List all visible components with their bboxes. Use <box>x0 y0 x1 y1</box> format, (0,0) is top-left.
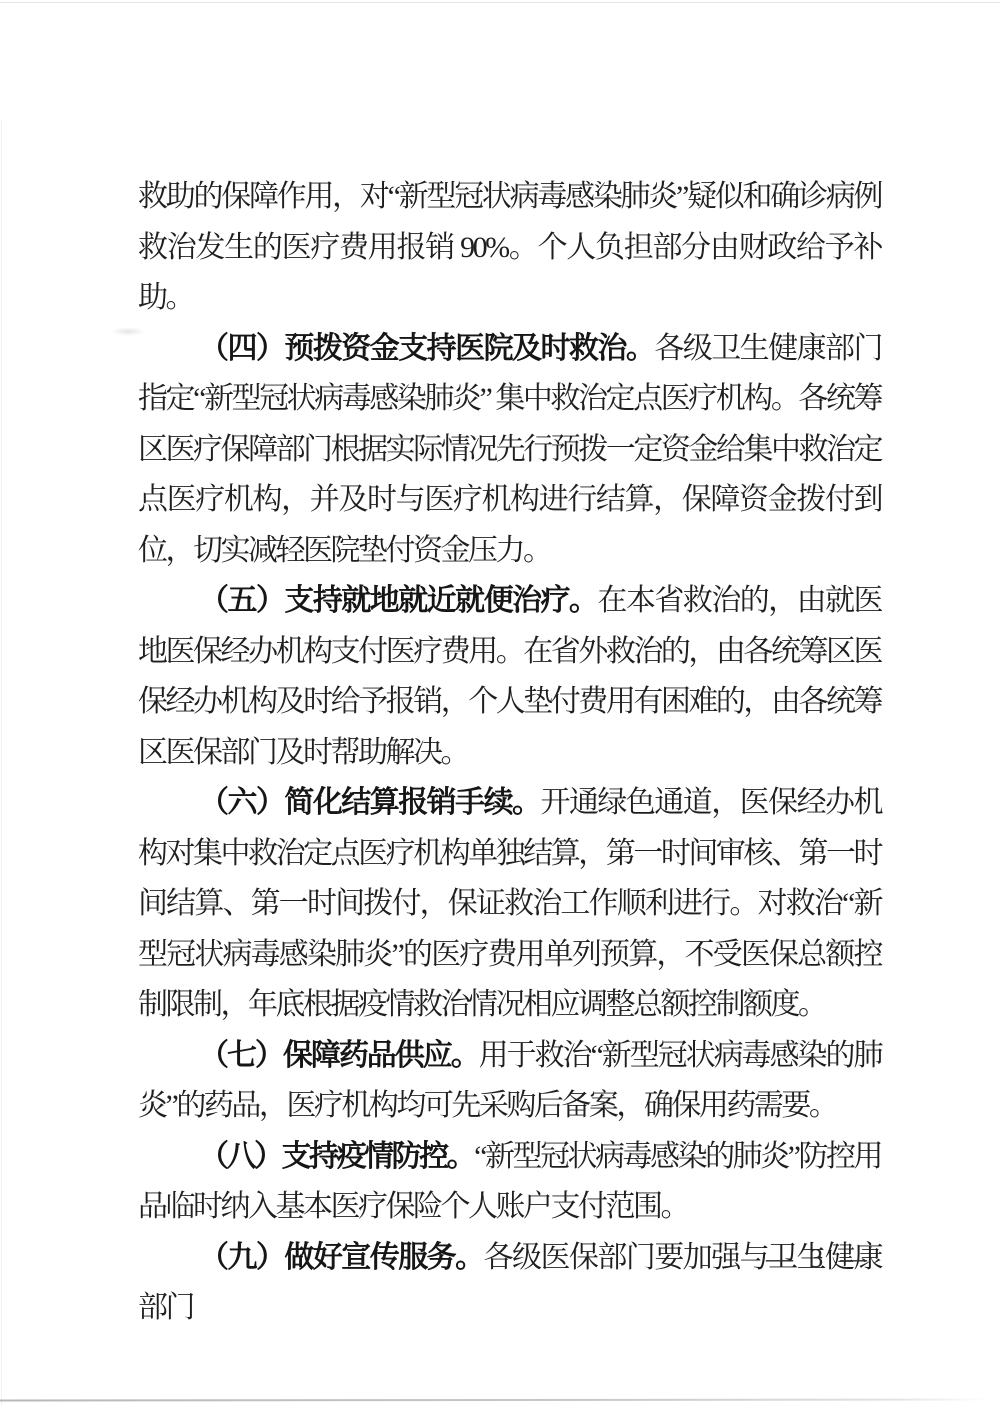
page-number: — 3 — <box>766 1243 872 1274</box>
item-6-paragraph: （六）简化结算报销手续。开通绿色通道，医保经办机构对集中救治定点医疗机构单独结算… <box>138 778 881 1031</box>
continuation-paragraph: 救助的保障作用，对“新型冠状病毒感染肺炎”疑似和确诊病例救治发生的医疗费用报销 … <box>138 172 881 324</box>
scan-artifact-bottom-line <box>0 1398 990 1401</box>
section-heading-text: （七）保障药品供应。 <box>199 1039 479 1072</box>
section-heading-text: （六）简化结算报销手续。 <box>199 786 540 819</box>
section-heading-text: （四）预拨资金支持医院及时救治。 <box>199 332 654 365</box>
item-4-paragraph: （四）预拨资金支持医院及时救治。各级卫生健康部门指定“新型冠状病毒感染肺炎” 集… <box>138 324 881 577</box>
item-8-paragraph: （八）支持疫情防控。“新型冠状病毒感染的肺炎”防控用品临时纳入基本医疗保险个人账… <box>138 1132 881 1233</box>
body-text: 救助的保障作用，对“新型冠状病毒感染肺炎”疑似和确诊病例救治发生的医疗费用报销 … <box>138 180 881 314</box>
scanned-document-page: 救助的保障作用，对“新型冠状病毒感染肺炎”疑似和确诊病例救治发生的医疗费用报销 … <box>0 0 1000 1414</box>
scan-artifact-top-line <box>0 2 1000 3</box>
body-text: 开通绿色通道，医保经办机构对集中救治定点医疗机构单独结算，第一时间审核、第一时间… <box>138 786 881 1021</box>
document-body: 救助的保障作用，对“新型冠状病毒感染肺炎”疑似和确诊病例救治发生的医疗费用报销 … <box>138 172 881 1334</box>
section-heading-text: （九）做好宣传服务。 <box>199 1241 484 1274</box>
item-7-paragraph: （七）保障药品供应。用于救治“新型冠状病毒感染的肺炎”的药品，医疗机构均可先采购… <box>138 1031 881 1132</box>
section-heading-text: （八）支持疫情防控。 <box>199 1140 474 1173</box>
section-heading-text: （五）支持就地就近就便治疗。 <box>199 584 597 617</box>
body-text: 各级卫生健康部门指定“新型冠状病毒感染肺炎” 集中救治定点医疗机构。各统筹区医疗… <box>138 332 881 567</box>
scan-artifact-left-edge-line <box>1 120 2 1405</box>
item-5-paragraph: （五）支持就地就近就便治疗。在本省救治的，由就医地医保经办机构支付医疗费用。在省… <box>138 576 881 778</box>
